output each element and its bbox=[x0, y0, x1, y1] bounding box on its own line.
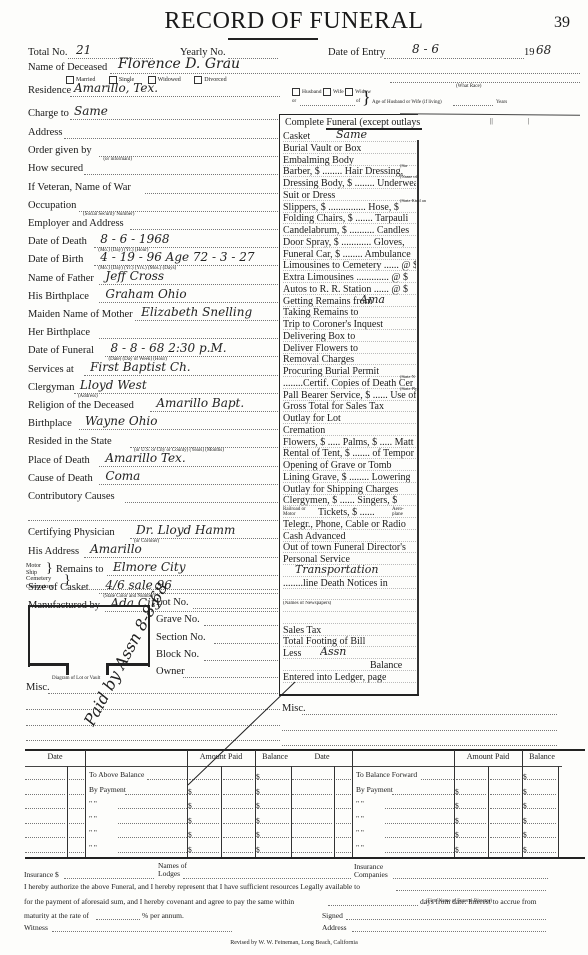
ledger-cell[interactable] bbox=[223, 823, 253, 824]
field-label: Name of Father bbox=[28, 273, 94, 285]
age-spouse-label: Age of Husband or Wife (if living) bbox=[372, 100, 442, 105]
ledger-row-label: " " bbox=[89, 799, 97, 808]
insurance-label: Insurance $ bbox=[24, 870, 59, 879]
ledger-cell[interactable] bbox=[385, 823, 454, 824]
ledger-cell[interactable] bbox=[69, 808, 84, 809]
brace-cemetery: } bbox=[64, 574, 71, 588]
ledger-cell[interactable] bbox=[257, 852, 289, 853]
ledger-row-label: " " bbox=[89, 843, 97, 852]
year-prefix: 19 bbox=[524, 47, 535, 59]
field-value[interactable]: Jeff Cross bbox=[105, 269, 164, 283]
ledger-cell[interactable] bbox=[223, 794, 253, 795]
lot-field-input[interactable] bbox=[193, 608, 280, 609]
charge-to-label: Charge to bbox=[28, 108, 69, 120]
charge-to-line bbox=[70, 119, 280, 120]
lot-field-label: Grave No. bbox=[156, 614, 200, 626]
ledger-cell[interactable] bbox=[69, 823, 84, 824]
ledger-row-label: To Balance Forward bbox=[356, 770, 417, 779]
insurance-companies-label: InsuranceCompanies bbox=[354, 863, 388, 879]
signed-label: Signed bbox=[322, 911, 343, 920]
field-label: Employer and Address bbox=[28, 218, 124, 230]
residence-line bbox=[70, 96, 280, 97]
race-line bbox=[390, 82, 580, 83]
ledger-cell[interactable] bbox=[257, 808, 289, 809]
ledger-cell[interactable] bbox=[69, 794, 84, 795]
field-label: His Address bbox=[28, 546, 79, 558]
ledger-cell[interactable] bbox=[456, 837, 486, 838]
ledger-cell[interactable] bbox=[524, 794, 556, 795]
total-no-label: Total No. bbox=[28, 47, 68, 59]
spouse-status-group: Husband Wife Widow bbox=[292, 88, 371, 96]
field-value[interactable]: Lloyd West bbox=[80, 378, 147, 392]
ledger-cell[interactable] bbox=[490, 837, 520, 838]
checkbox-wife[interactable]: Wife bbox=[323, 89, 344, 95]
ledger-cell[interactable] bbox=[524, 852, 556, 853]
year-suffix[interactable]: 68 bbox=[536, 43, 551, 57]
ledger-cell[interactable] bbox=[257, 837, 289, 838]
ledger-cell[interactable] bbox=[25, 823, 65, 824]
charge-suffix: Aero-plane bbox=[392, 507, 412, 517]
charge-value[interactable]: Transportation bbox=[295, 563, 378, 576]
date-of-entry-value[interactable]: 8 - 6 bbox=[412, 42, 439, 56]
charge-value[interactable]: Assn bbox=[320, 645, 346, 658]
ledger-cell[interactable] bbox=[292, 837, 332, 838]
field-label: Maiden Name of Mother bbox=[28, 309, 133, 321]
name-of-deceased-value[interactable]: Florence D. Grau bbox=[118, 56, 240, 72]
ledger-cell[interactable] bbox=[336, 823, 351, 824]
ledger-row-label: By Payment bbox=[89, 785, 126, 794]
ledger-cell[interactable] bbox=[69, 852, 84, 853]
ledger-cell[interactable] bbox=[490, 794, 520, 795]
of-label: of bbox=[356, 99, 360, 104]
lot-field-input[interactable] bbox=[204, 660, 280, 661]
field-value[interactable]: 8 - 8 - 68 2:30 p.M. bbox=[111, 341, 227, 355]
field-label: Date of Birth bbox=[28, 254, 83, 266]
ledger-row-label: To Above Balance bbox=[89, 770, 144, 779]
field-hint: (Address) bbox=[78, 394, 98, 399]
ledger-cell[interactable] bbox=[118, 823, 187, 824]
field-value[interactable]: Amarillo bbox=[90, 542, 142, 556]
field-label: Services at bbox=[28, 364, 74, 376]
ledger-cell[interactable] bbox=[490, 823, 520, 824]
lot-field-input[interactable] bbox=[214, 643, 280, 644]
field-value[interactable]: 4 - 19 - 96 Age 72 - 3 - 27 bbox=[100, 250, 254, 264]
checkbox-divorced[interactable]: Divorced bbox=[194, 77, 226, 83]
total-no-value[interactable]: 21 bbox=[76, 43, 91, 57]
lodges-label: Names ofLodges bbox=[158, 862, 187, 878]
charge-to-value[interactable]: Same bbox=[74, 104, 108, 118]
ledger-cell[interactable] bbox=[292, 794, 332, 795]
date-of-entry-label: Date of Entry bbox=[328, 47, 385, 59]
ledger-row-label: " " bbox=[356, 799, 364, 808]
signature-line[interactable] bbox=[346, 919, 546, 920]
page-title: RECORD OF FUNERAL bbox=[0, 8, 588, 35]
field-value[interactable]: Coma bbox=[105, 469, 140, 483]
field-label: His Birthplace bbox=[28, 291, 89, 303]
field-value[interactable]: First Baptist Ch. bbox=[90, 360, 191, 374]
ledger-cell[interactable] bbox=[336, 837, 351, 838]
ledger-cell[interactable] bbox=[125, 794, 187, 795]
cemetery-line bbox=[72, 589, 280, 590]
checkbox-husband[interactable]: Husband bbox=[292, 89, 322, 95]
field-label: Occupation bbox=[28, 200, 76, 212]
ledger-cell[interactable] bbox=[490, 852, 520, 853]
payment-text: for the payment of aforesaid sum, and I … bbox=[24, 897, 294, 906]
ledger-cell[interactable] bbox=[336, 808, 351, 809]
ledger-cell[interactable] bbox=[524, 823, 556, 824]
what-race-note: (What Race) bbox=[456, 84, 481, 89]
ledger-cell[interactable] bbox=[490, 808, 520, 809]
years-label: Years bbox=[496, 100, 507, 105]
field-value[interactable]: Amarillo Tex. bbox=[105, 451, 185, 465]
ledger-cell[interactable] bbox=[456, 823, 486, 824]
ledger-cell[interactable] bbox=[292, 823, 332, 824]
field-label: Place of Death bbox=[28, 455, 90, 467]
ledger-column-header: Balance bbox=[522, 752, 562, 761]
ledger-cell[interactable] bbox=[25, 852, 65, 853]
ledger-cell[interactable] bbox=[189, 837, 219, 838]
ledger-cell[interactable] bbox=[336, 794, 351, 795]
date-of-entry-line bbox=[384, 58, 524, 59]
ledger-cell[interactable] bbox=[25, 837, 65, 838]
ledger-cell[interactable] bbox=[421, 779, 454, 780]
field-value[interactable]: Graham Ohio bbox=[105, 287, 186, 301]
maturity-text: maturity at the rate of bbox=[24, 911, 89, 920]
lot-field-label: Owner bbox=[156, 666, 185, 678]
ledger-row-label: " " bbox=[356, 828, 364, 837]
or-label: or bbox=[292, 99, 296, 104]
charge-prefix: Railroad or Motor bbox=[283, 507, 309, 517]
ledger-row-label: " " bbox=[356, 843, 364, 852]
ledger-cell[interactable] bbox=[25, 794, 65, 795]
ledger-cell[interactable] bbox=[69, 779, 84, 780]
ledger-cell[interactable] bbox=[223, 852, 253, 853]
residence-label: Residence bbox=[28, 85, 71, 97]
ledger-cell[interactable] bbox=[385, 852, 454, 853]
field-label: Contributory Causes bbox=[28, 491, 115, 503]
ledger-cell[interactable] bbox=[257, 823, 289, 824]
ledger-cell[interactable] bbox=[336, 852, 351, 853]
ledger-cell[interactable] bbox=[189, 852, 219, 853]
ledger-cell[interactable] bbox=[189, 794, 219, 795]
age-spouse-line bbox=[453, 105, 493, 106]
ledger-cell[interactable] bbox=[385, 837, 454, 838]
charge-value[interactable]: Ama bbox=[360, 293, 385, 306]
percent-text: % per annum. bbox=[142, 911, 184, 920]
diagram-caption: Diagram of Lot or Vault bbox=[52, 676, 100, 681]
ledger-cell[interactable] bbox=[118, 837, 187, 838]
ledger-cell[interactable] bbox=[257, 794, 289, 795]
name-of-deceased-label: Name of Deceased bbox=[28, 62, 107, 74]
ledger-column-header: Date bbox=[292, 752, 352, 761]
field-label: Religion of the Deceased bbox=[28, 400, 134, 412]
ledger-cell[interactable] bbox=[69, 837, 84, 838]
field-value[interactable]: 8 - 6 - 1968 bbox=[100, 232, 169, 246]
ledger-cell[interactable] bbox=[118, 808, 187, 809]
ledger-row-label: " " bbox=[89, 814, 97, 823]
residence-value[interactable]: Amarillo, Tex. bbox=[74, 81, 158, 95]
ledger-row-label: " " bbox=[89, 828, 97, 837]
field-value[interactable]: Amarillo Bapt. bbox=[156, 396, 244, 410]
page-number: 39 bbox=[554, 14, 570, 32]
field-label: Resided in the State bbox=[28, 436, 112, 448]
ledger-row-label: By Payment bbox=[356, 785, 393, 794]
lot-field-input[interactable] bbox=[183, 677, 281, 678]
field-hint: (or informant) bbox=[103, 157, 131, 162]
field-label: Birthplace bbox=[28, 418, 72, 430]
charge-value[interactable]: Same bbox=[336, 128, 367, 141]
ledger-column-header: Amount Paid bbox=[454, 752, 522, 761]
charge-label: (Names of Newspapers) bbox=[283, 601, 331, 606]
ledger-cell[interactable] bbox=[524, 779, 556, 780]
ledger-cell[interactable] bbox=[490, 779, 520, 780]
ledger-cell[interactable] bbox=[25, 779, 65, 780]
charge-hint: (State Kind an bbox=[400, 198, 426, 203]
ledger-column-header: Date bbox=[25, 752, 85, 761]
diagonal-strike-line bbox=[180, 680, 300, 790]
field-label: If Veteran, Name of War bbox=[28, 182, 131, 194]
name-line bbox=[110, 73, 580, 74]
field-label: Clergyman bbox=[28, 382, 74, 394]
ledger-cell[interactable] bbox=[385, 808, 454, 809]
lot-field-input[interactable] bbox=[204, 625, 280, 626]
field-value[interactable]: Wayne Ohio bbox=[85, 414, 158, 428]
revised-by-credit: Revised by W. W. Feineman, Long Beach, C… bbox=[0, 940, 588, 946]
misc-label-left: Misc. bbox=[26, 682, 50, 694]
authorize-text: I hereby authorize the above Funeral, an… bbox=[24, 882, 360, 891]
field-label: Her Birthplace bbox=[28, 327, 90, 339]
ledger-cell[interactable] bbox=[524, 837, 556, 838]
ledger-cell[interactable] bbox=[292, 808, 332, 809]
field-label: Address bbox=[28, 127, 62, 139]
field-label: Cause of Death bbox=[28, 473, 93, 485]
field-value[interactable]: Elmore City bbox=[113, 560, 185, 574]
title-underline bbox=[228, 38, 318, 40]
field-label: How secured bbox=[28, 163, 83, 175]
ledger-cell[interactable] bbox=[223, 808, 253, 809]
cemetery-crematory-labels: Cemetery Crematory bbox=[26, 575, 54, 591]
ledger-cell[interactable] bbox=[118, 852, 187, 853]
ledger-cell[interactable] bbox=[456, 794, 486, 795]
lot-field-label: Section No. bbox=[156, 632, 206, 644]
field-value[interactable]: Elizabeth Snelling bbox=[141, 305, 252, 319]
ledger-cell[interactable] bbox=[292, 852, 332, 853]
field-label: Date of Death bbox=[28, 236, 87, 248]
ledger-cell[interactable] bbox=[392, 794, 454, 795]
brace: } bbox=[362, 88, 371, 106]
days-text: days from date. Interest to accrue from bbox=[420, 897, 536, 906]
ledger-cell[interactable] bbox=[456, 852, 486, 853]
ledger-cell[interactable] bbox=[524, 808, 556, 809]
field-value[interactable]: Dr. Lloyd Hamm bbox=[136, 523, 235, 537]
ledger-cell[interactable] bbox=[25, 808, 65, 809]
field-hint: (Social Security Number) bbox=[83, 212, 134, 217]
ledger-cell[interactable] bbox=[336, 779, 351, 780]
ledger-cell[interactable] bbox=[456, 808, 486, 809]
ledger-cell[interactable] bbox=[456, 779, 486, 780]
witness-label: Witness bbox=[24, 923, 48, 932]
lot-field-label: Block No. bbox=[156, 649, 199, 661]
field-label: Certifying Physician bbox=[28, 527, 115, 539]
ledger-cell[interactable] bbox=[189, 808, 219, 809]
ledger-cell[interactable] bbox=[189, 823, 219, 824]
field-label: Order given by bbox=[28, 145, 92, 157]
address-label: Address bbox=[322, 923, 347, 932]
field-label: Date of Funeral bbox=[28, 345, 94, 357]
spouse-line bbox=[300, 105, 355, 106]
charges-header: Complete Funeral (except outlays bbox=[285, 117, 420, 128]
ledger-cell[interactable] bbox=[223, 837, 253, 838]
ledger-row-label: " " bbox=[356, 814, 364, 823]
